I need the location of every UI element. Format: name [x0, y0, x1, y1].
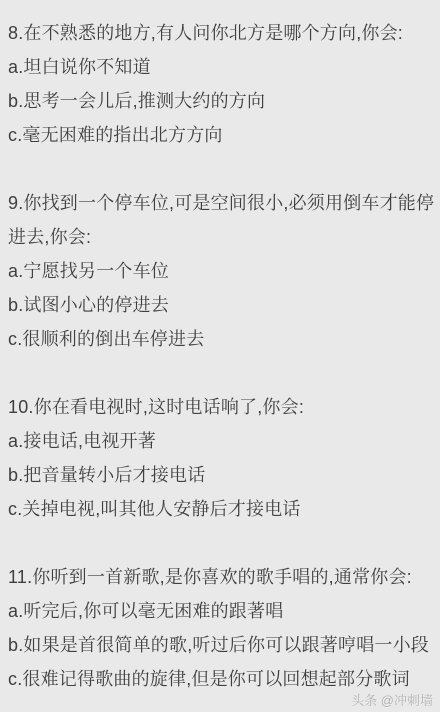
question-10-option-a: a.接电话,电视开著 — [8, 424, 434, 458]
question-9-option-a: a.宁愿找另一个车位 — [8, 254, 434, 288]
question-10-option-b: b.把音量转小后才接电话 — [8, 458, 434, 492]
question-8-title: 8.在不熟悉的地方,有人问你北方是哪个方向,你会: — [8, 16, 434, 50]
question-8-option-a: a.坦白说你不知道 — [8, 50, 434, 84]
question-10-option-c: c.关掉电视,叫其他人安静后才接电话 — [8, 492, 434, 526]
quiz-text-page: 8.在不熟悉的地方,有人问你北方是哪个方向,你会: a.坦白说你不知道 b.思考… — [0, 0, 440, 696]
question-10: 10.你在看电视时,这时电话响了,你会: a.接电话,电视开著 b.把音量转小后… — [8, 390, 434, 526]
question-9-option-b: b.试图小心的停进去 — [8, 288, 434, 322]
question-11-option-b: b.如果是首很简单的歌,听过后你可以跟著哼唱一小段 — [8, 628, 434, 662]
question-9-title-line-2: 进去,你会: — [8, 220, 434, 254]
question-11-title: 11.你听到一首新歌,是你喜欢的歌手唱的,通常你会: — [8, 560, 434, 594]
toutiao-watermark: 头条 @冲刺墙 — [351, 693, 433, 709]
question-11: 11.你听到一首新歌,是你喜欢的歌手唱的,通常你会: a.听完后,你可以毫无困难… — [8, 560, 434, 696]
watermark-text: 头条 @冲刺墙 — [351, 693, 433, 708]
question-10-title: 10.你在看电视时,这时电话响了,你会: — [8, 390, 434, 424]
question-8: 8.在不熟悉的地方,有人问你北方是哪个方向,你会: a.坦白说你不知道 b.思考… — [8, 16, 434, 152]
question-9-option-c: c.很顺利的倒出车停进去 — [8, 322, 434, 356]
question-9: 9.你找到一个停车位,可是空间很小,必须用倒车才能停 进去,你会: a.宁愿找另… — [8, 186, 434, 356]
question-11-option-a: a.听完后,你可以毫无困难的跟著唱 — [8, 594, 434, 628]
question-8-option-c: c.毫无困难的指出北方方向 — [8, 118, 434, 152]
question-11-option-c: c.很难记得歌曲的旋律,但是你可以回想起部分歌词 — [8, 662, 434, 696]
question-9-title-line-1: 9.你找到一个停车位,可是空间很小,必须用倒车才能停 — [8, 186, 434, 220]
question-8-option-b: b.思考一会儿后,推测大约的方向 — [8, 84, 434, 118]
